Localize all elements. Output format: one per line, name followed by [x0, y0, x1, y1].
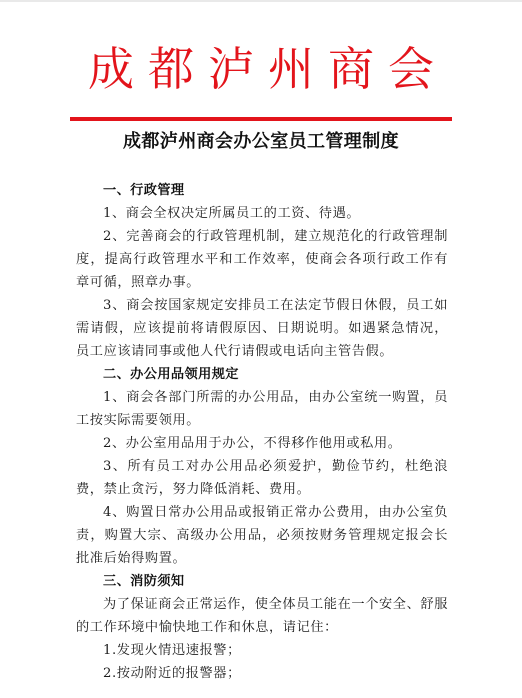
paragraph: 4、购置日常办公用品或报销正常办公费用，由办公室负责，购置大宗、高级办公用品，必… — [76, 501, 448, 570]
letterhead-org-name: 成都泸州商会 — [0, 38, 522, 100]
section-office-supplies: 二、办公用品领用规定 1、商会各部门所需的办公用品，由办公室统一购置，员工按实际… — [76, 363, 448, 570]
paragraph: 2、办公室用品用于办公，不得移作他用或私用。 — [76, 432, 448, 455]
document-title: 成都泸州商会办公室员工管理制度 — [0, 129, 522, 155]
section-heading: 二、办公用品领用规定 — [76, 363, 448, 386]
paragraph: 3、商会按国家规定安排员工在法定节假日休假，员工如需请假，应该提前将请假原因、日… — [76, 294, 448, 363]
list-item: 1.发现火情迅速报警； — [76, 639, 448, 662]
paragraph: 3、所有员工对办公用品必须爱护，勤俭节约，杜绝浪费，禁止贪污，努力降低消耗、费用… — [76, 455, 448, 501]
section-administration: 一、行政管理 1、商会全权决定所属员工的工资、待遇。 2、完善商会的行政管理机制… — [76, 179, 448, 363]
section-heading: 三、消防须知 — [76, 570, 448, 593]
paragraph: 2、完善商会的行政管理机制，建立规范化的行政管理制度，提高行政管理水平和工作效率… — [76, 225, 448, 294]
section-heading: 一、行政管理 — [76, 179, 448, 202]
list-item: 2.按动附近的报警器； — [76, 662, 448, 685]
paragraph: 为了保证商会正常运作，使全体员工能在一个安全、舒服的工作环境中愉快地工作和休息，… — [76, 593, 448, 639]
letterhead-divider — [70, 117, 452, 121]
section-fire-safety: 三、消防须知 为了保证商会正常运作，使全体员工能在一个安全、舒服的工作环境中愉快… — [76, 570, 448, 685]
page-top-edge — [0, 0, 522, 2]
paragraph: 1、商会全权决定所属员工的工资、待遇。 — [76, 202, 448, 225]
document-body: 一、行政管理 1、商会全权决定所属员工的工资、待遇。 2、完善商会的行政管理机制… — [76, 179, 448, 685]
paragraph: 1、商会各部门所需的办公用品，由办公室统一购置，员工按实际需要领用。 — [76, 386, 448, 432]
